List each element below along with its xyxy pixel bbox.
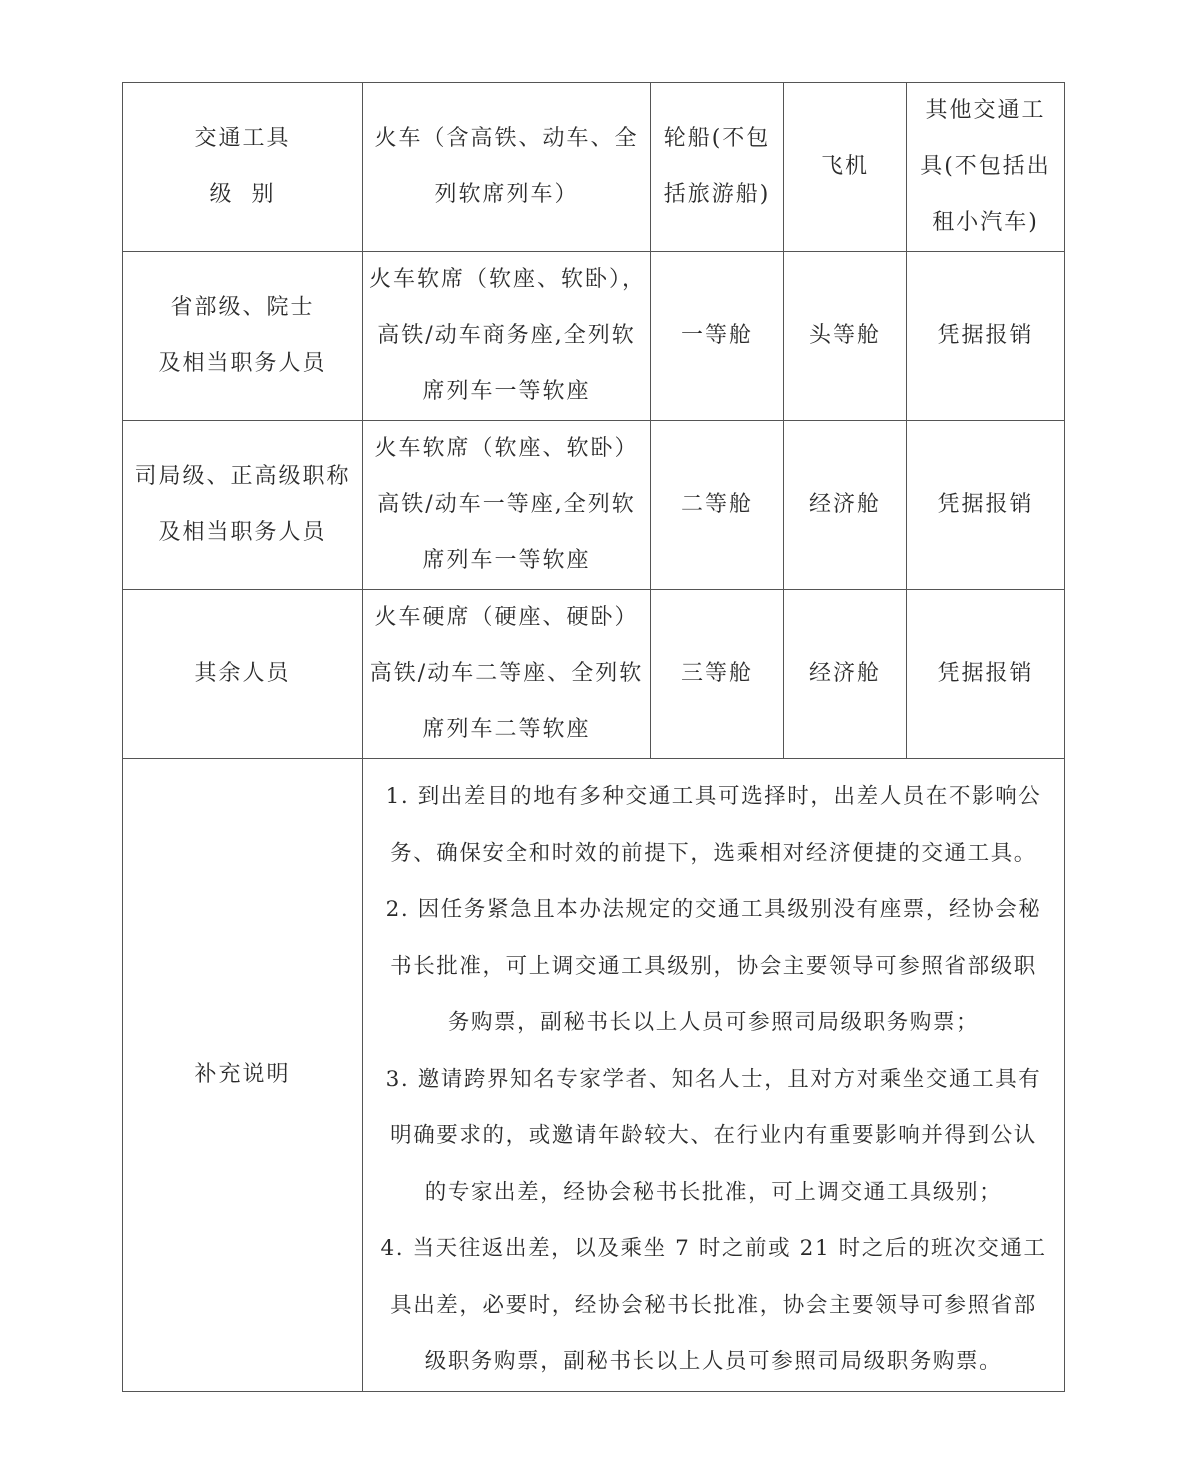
level-cell: 司局级、正高级职称 及相当职务人员 — [123, 421, 363, 590]
ship-cell: 二等舱 — [651, 421, 784, 590]
table-row: 其余人员 火车硬席（硬座、硬卧） 高铁/动车二等座、全列软 席列车二等软座 三等… — [123, 590, 1065, 759]
other-cell: 凭据报销 — [907, 421, 1065, 590]
notes-row: 补充说明 1. 到出差目的地有多种交通工具可选择时，出差人员在不影响公 务、确保… — [123, 759, 1065, 1392]
table-row: 司局级、正高级职称 及相当职务人员 火车软席（软座、软卧） 高铁/动车一等座,全… — [123, 421, 1065, 590]
train-text: 火车硬席（硬座、硬卧） — [369, 590, 644, 646]
header-text: 其他交通工 — [913, 83, 1058, 139]
train-cell: 火车软席（软座、软卧）， 高铁/动车商务座,全列软 席列车一等软座 — [363, 252, 651, 421]
notes-line: 4. 当天往返出差，以及乘坐 7 时之前或 21 时之后的班次交通工 — [369, 1221, 1058, 1278]
header-text: 括旅游船) — [657, 167, 777, 223]
ship-cell: 一等舱 — [651, 252, 784, 421]
plane-cell: 头等舱 — [784, 252, 907, 421]
notes-line: 书长批准，可上调交通工具级别，协会主要领导可参照省部级职 — [369, 939, 1058, 996]
notes-line: 2. 因任务紧急且本办法规定的交通工具级别没有座票，经协会秘 — [369, 882, 1058, 939]
level-text: 及相当职务人员 — [129, 505, 356, 561]
notes-line: 务购票，副秘书长以上人员可参照司局级职务购票； — [369, 995, 1058, 1052]
header-level-cell: 交通工具 级 别 — [123, 83, 363, 252]
train-cell: 火车软席（软座、软卧） 高铁/动车一等座,全列软 席列车一等软座 — [363, 421, 651, 590]
train-text: 火车软席（软座、软卧） — [369, 421, 644, 477]
notes-line: 具出差，必要时，经协会秘书长批准，协会主要领导可参照省部 — [369, 1278, 1058, 1335]
train-text: 席列车一等软座 — [369, 364, 644, 420]
level-text: 其余人员 — [129, 646, 356, 702]
header-text: 租小汽车) — [913, 195, 1058, 251]
train-text: 火车软席（软座、软卧）， — [369, 252, 644, 308]
notes-line: 明确要求的，或邀请年龄较大、在行业内有重要影响并得到公认 — [369, 1108, 1058, 1165]
level-text: 及相当职务人员 — [129, 336, 356, 392]
header-text: 列软席列车） — [369, 167, 644, 223]
level-cell: 其余人员 — [123, 590, 363, 759]
train-text: 高铁/动车一等座,全列软 — [369, 477, 644, 533]
notes-line: 级职务购票，副秘书长以上人员可参照司局级职务购票。 — [369, 1334, 1058, 1391]
header-text: 飞机 — [790, 139, 900, 195]
header-other-cell: 其他交通工 具(不包括出 租小汽车) — [907, 83, 1065, 252]
notes-label-cell: 补充说明 — [123, 759, 363, 1392]
notes-line: 的专家出差，经协会秘书长批准，可上调交通工具级别； — [369, 1165, 1058, 1222]
table-row: 省部级、院士 及相当职务人员 火车软席（软座、软卧）， 高铁/动车商务座,全列软… — [123, 252, 1065, 421]
train-text: 高铁/动车商务座,全列软 — [369, 308, 644, 364]
plane-cell: 经济舱 — [784, 590, 907, 759]
plane-cell: 经济舱 — [784, 421, 907, 590]
header-text: 火车（含高铁、动车、全 — [369, 111, 644, 167]
notes-line: 1. 到出差目的地有多种交通工具可选择时，出差人员在不影响公 — [369, 769, 1058, 826]
other-cell: 凭据报销 — [907, 590, 1065, 759]
train-text: 席列车二等软座 — [369, 702, 644, 758]
train-text: 席列车一等软座 — [369, 533, 644, 589]
transport-standards-table: 交通工具 级 别 火车（含高铁、动车、全 列软席列车） 轮船(不包 括旅游船) … — [122, 82, 1065, 1392]
notes-content-cell: 1. 到出差目的地有多种交通工具可选择时，出差人员在不影响公 务、确保安全和时效… — [363, 759, 1065, 1392]
notes-line: 3. 邀请跨界知名专家学者、知名人士，且对方对乘坐交通工具有 — [369, 1052, 1058, 1109]
level-cell: 省部级、院士 及相当职务人员 — [123, 252, 363, 421]
header-plane-cell: 飞机 — [784, 83, 907, 252]
ship-cell: 三等舱 — [651, 590, 784, 759]
header-row: 交通工具 级 别 火车（含高铁、动车、全 列软席列车） 轮船(不包 括旅游船) … — [123, 83, 1065, 252]
header-text: 级 别 — [129, 167, 356, 223]
notes-line: 务、确保安全和时效的前提下，选乘相对经济便捷的交通工具。 — [369, 826, 1058, 883]
header-text: 轮船(不包 — [657, 111, 777, 167]
level-text: 省部级、院士 — [129, 280, 356, 336]
header-ship-cell: 轮船(不包 括旅游船) — [651, 83, 784, 252]
train-text: 高铁/动车二等座、全列软 — [369, 646, 644, 702]
train-cell: 火车硬席（硬座、硬卧） 高铁/动车二等座、全列软 席列车二等软座 — [363, 590, 651, 759]
notes-paragraphs: 1. 到出差目的地有多种交通工具可选择时，出差人员在不影响公 务、确保安全和时效… — [369, 759, 1058, 1391]
other-cell: 凭据报销 — [907, 252, 1065, 421]
header-train-cell: 火车（含高铁、动车、全 列软席列车） — [363, 83, 651, 252]
header-text: 交通工具 — [129, 111, 356, 167]
level-text: 司局级、正高级职称 — [129, 449, 356, 505]
header-text: 具(不包括出 — [913, 139, 1058, 195]
